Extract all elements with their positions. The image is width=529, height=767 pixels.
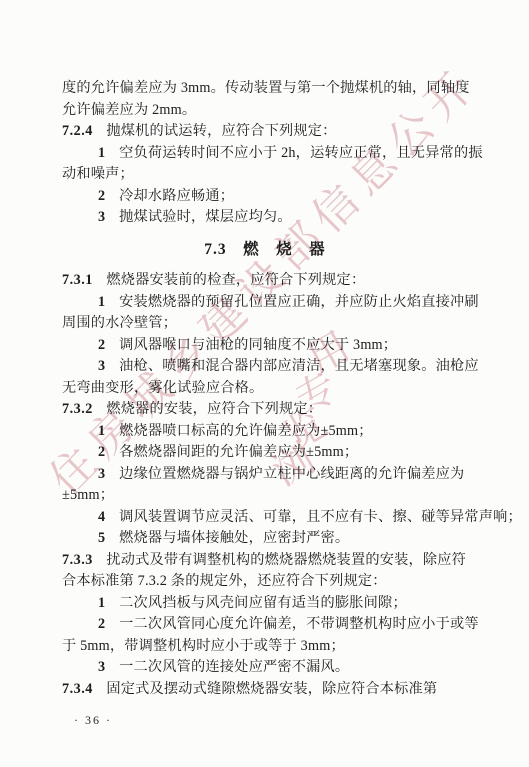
item-number: 2: [98, 337, 106, 353]
item-number: 3: [98, 466, 106, 482]
clause-line: 7.2.4抛煤机的试运转，应符合下列规定：: [62, 121, 468, 143]
line-text: 合本标准第 7.3.2 条的规定外，还应符合下列规定：: [62, 573, 387, 589]
clause-number: 7.3.2: [62, 401, 93, 417]
item-line: 1二次风挡板与风壳间应留有适当的膨胀间隙；: [62, 593, 468, 615]
line-text: 调风器喉口与油枪的同轴度不应大于 3mm；: [119, 337, 397, 353]
document-page: 住房城乡建设部信息公开 浏览专用 度的允许偏差应为 3mm。传动装置与第一个抛煤…: [0, 0, 529, 767]
item-number: 2: [98, 444, 106, 460]
clause-line: 7.3.3扰动式及带有调整机构的燃烧器燃烧装置的安装，除应符: [62, 550, 468, 572]
clause-number: 7.3.3: [62, 552, 93, 568]
line-text: 一二次风管同心度允许偏差，不带调整机构时应小于或等: [119, 616, 479, 632]
item-number: 1: [98, 423, 106, 439]
section-heading: 7.3 燃 烧 器: [62, 239, 468, 261]
line-text: 安装燃烧器的预留孔位置应正确，并应防止火焰直接冲刷: [119, 294, 479, 310]
item-line: 2一二次风管同心度允许偏差，不带调整机构时应小于或等: [62, 614, 468, 636]
line-text: 冷却水路应畅通；: [119, 188, 234, 204]
line-text: 油枪、喷嘴和混合器内部应清洁，且无堵塞现象。油枪应: [119, 358, 479, 374]
clause-line: 7.3.2燃烧器的安装，应符合下列规定：: [62, 399, 468, 421]
line-text: 允许偏差应为 2mm。: [62, 102, 196, 118]
item-number: 3: [98, 209, 106, 225]
line-text: 燃烧器的安装，应符合下列规定：: [106, 401, 322, 417]
item-number: 3: [98, 659, 106, 675]
text-line: 合本标准第 7.3.2 条的规定外，还应符合下列规定：: [62, 571, 468, 593]
item-number: 1: [98, 145, 106, 161]
line-text: 抛煤试验时，煤层应均匀。: [119, 209, 292, 225]
item-line: 2冷却水路应畅通；: [62, 186, 468, 208]
item-line: 1安装燃烧器的预留孔位置应正确，并应防止火焰直接冲刷: [62, 292, 468, 314]
clause-line: 7.3.1燃烧器安装前的检查，应符合下列规定：: [62, 270, 468, 292]
text-line: 允许偏差应为 2mm。: [62, 100, 468, 122]
item-number: 1: [98, 595, 106, 611]
item-line: 4调风装置调节应灵活、可靠，且不应有卡、擦、碰等异常声响；: [62, 507, 468, 529]
line-text: 各燃烧器间距的允许偏差应为±5mm；: [119, 444, 358, 460]
clause-number: 7.3.1: [62, 272, 93, 288]
text-line: 于 5mm，带调整机构时应小于或等于 3mm；: [62, 636, 468, 658]
line-text: 度的允许偏差应为 3mm。传动装置与第一个抛煤机的轴，同轴度: [62, 80, 470, 96]
item-number: 4: [98, 509, 106, 525]
line-text: 扰动式及带有调整机构的燃烧器燃烧装置的安装，除应符: [106, 552, 466, 568]
line-text: 一二次风管的连接处应严密不漏风。: [119, 659, 349, 675]
clause-number: 7.3.4: [62, 681, 93, 697]
item-line: 3油枪、喷嘴和混合器内部应清洁，且无堵塞现象。油枪应: [62, 356, 468, 378]
text-line: 周围的水冷壁管；: [62, 313, 468, 335]
line-text: 边缘位置燃烧器与锅炉立柱中心线距离的允许偏差应为: [119, 466, 464, 482]
item-number: 1: [98, 294, 106, 310]
line-text: 燃烧器喷口标高的允许偏差应为±5mm；: [119, 423, 373, 439]
line-text: 燃烧器安装前的检查，应符合下列规定：: [106, 272, 365, 288]
item-line: 3一二次风管的连接处应严密不漏风。: [62, 657, 468, 679]
line-text: 无弯曲变形，雾化试验应合格。: [62, 380, 263, 396]
line-text: ±5mm；: [62, 487, 114, 503]
line-text: 固定式及摆动式缝隙燃烧器安装，除应符合本标准第: [106, 681, 437, 697]
item-number: 3: [98, 358, 106, 374]
page-content: 度的允许偏差应为 3mm。传动装置与第一个抛煤机的轴，同轴度允许偏差应为 2mm…: [62, 78, 468, 728]
line-text: 周围的水冷壁管；: [62, 315, 177, 331]
text-line: ±5mm；: [62, 485, 468, 507]
item-number: 2: [98, 188, 106, 204]
item-line: 2各燃烧器间距的允许偏差应为±5mm；: [62, 442, 468, 464]
clause-number: 7.2.4: [62, 123, 93, 139]
text-line: 无弯曲变形，雾化试验应合格。: [62, 378, 468, 400]
line-text: 抛煤机的试运转，应符合下列规定：: [106, 123, 336, 139]
item-line: 1空负荷运转时间不应小于 2h，运转应正常，且无异常的振: [62, 143, 468, 165]
item-line: 2调风器喉口与油枪的同轴度不应大于 3mm；: [62, 335, 468, 357]
item-number: 5: [98, 530, 106, 546]
item-number: 2: [98, 616, 106, 632]
item-line: 3边缘位置燃烧器与锅炉立柱中心线距离的允许偏差应为: [62, 464, 468, 486]
item-line: 5燃烧器与墙体接触处，应密封严密。: [62, 528, 468, 550]
text-line: 动和噪声；: [62, 164, 468, 186]
line-text: 于 5mm，带调整机构时应小于或等于 3mm；: [62, 638, 345, 654]
line-text: 燃烧器与墙体接触处，应密封严密。: [119, 530, 349, 546]
item-line: 3抛煤试验时，煤层应均匀。: [62, 207, 468, 229]
line-text: 调风装置调节应灵活、可靠，且不应有卡、擦、碰等异常声响；: [119, 509, 522, 525]
line-text: 空负荷运转时间不应小于 2h，运转应正常，且无异常的振: [119, 145, 483, 161]
line-text: 动和噪声；: [62, 166, 134, 182]
page-number: · 36 ·: [62, 713, 468, 728]
clause-line: 7.3.4固定式及摆动式缝隙燃烧器安装，除应符合本标准第: [62, 679, 468, 701]
item-line: 1燃烧器喷口标高的允许偏差应为±5mm；: [62, 421, 468, 443]
line-text: 二次风挡板与风壳间应留有适当的膨胀间隙；: [119, 595, 407, 611]
text-line: 度的允许偏差应为 3mm。传动装置与第一个抛煤机的轴，同轴度: [62, 78, 468, 100]
